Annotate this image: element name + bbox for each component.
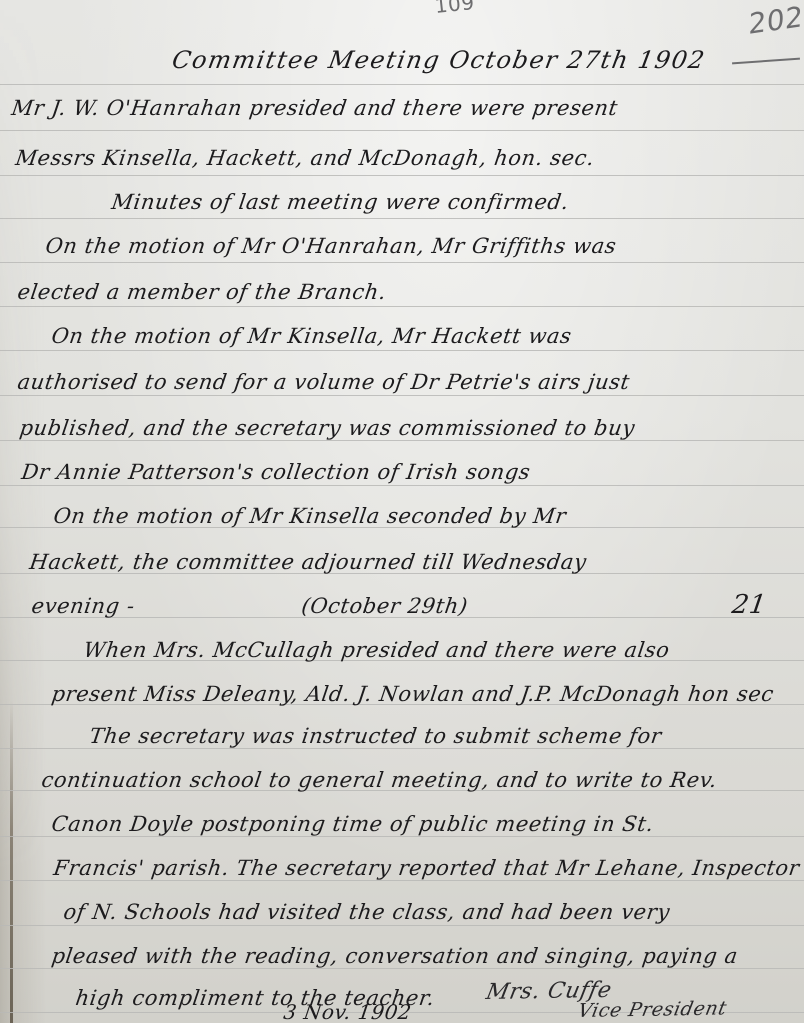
signature-date: 3 Nov. 1902 <box>282 1000 413 1023</box>
entry-number: 21 <box>730 590 769 620</box>
minute-line: Minutes of last meeting were confirmed. <box>110 190 571 214</box>
minute-line: evening - <box>30 594 136 618</box>
minute-line: When Mrs. McCullagh presided and there w… <box>82 638 671 662</box>
rule-line <box>0 350 804 351</box>
rule-line <box>0 968 804 969</box>
rule-line <box>0 175 804 176</box>
minute-line: The secretary was instructed to submit s… <box>88 724 663 748</box>
minute-line: Messrs Kinsella, Hackett, and McDonagh, … <box>14 146 596 170</box>
minute-line: Francis' parish. The secretary reported … <box>52 856 801 880</box>
rule-line <box>0 306 804 307</box>
pencil-folio-number: 109 <box>433 0 475 18</box>
minute-line: authorised to send for a volume of Dr Pe… <box>16 370 631 394</box>
minute-line: On the motion of Mr O'Hanrahan, Mr Griff… <box>44 234 618 258</box>
rule-line <box>0 130 804 131</box>
minute-line: Hackett, the committee adjourned till We… <box>28 550 588 574</box>
rule-line <box>0 880 804 881</box>
rule-line <box>0 485 804 486</box>
rule-line <box>0 84 804 85</box>
minute-line: On the motion of Mr Kinsella seconded by… <box>52 504 568 528</box>
minute-line: of N. Schools had visited the class, and… <box>62 900 672 924</box>
rule-line <box>0 262 804 263</box>
rule-line <box>0 836 804 837</box>
minute-line: Canon Doyle postponing time of public me… <box>50 812 655 836</box>
minute-line: pleased with the reading, conversation a… <box>50 944 740 968</box>
rule-line <box>0 218 804 219</box>
signature-title: Vice President <box>576 997 729 1022</box>
second-entry-date: (October 29th) <box>300 594 469 618</box>
page-number-underline <box>732 58 800 65</box>
minute-line: continuation school to general meeting, … <box>40 768 719 792</box>
rule-line <box>0 395 804 396</box>
minute-line: Mr J. W. O'Hanrahan presided and there w… <box>10 96 619 120</box>
minute-line: Dr Annie Patterson's collection of Irish… <box>20 460 532 484</box>
page-number: 202 <box>748 0 804 41</box>
rule-line <box>0 925 804 926</box>
minute-line: present Miss Deleany, Ald. J. Nowlan and… <box>50 682 776 706</box>
rule-line <box>0 748 804 749</box>
minute-line: published, and the secretary was commiss… <box>18 416 637 440</box>
minute-book-page: 109 202 Committee Meeting October 27th 1… <box>0 0 804 1023</box>
rule-line <box>0 440 804 441</box>
minute-line: elected a member of the Branch. <box>16 280 388 304</box>
minute-line: On the motion of Mr Kinsella, Mr Hackett… <box>50 324 573 348</box>
entry-heading: Committee Meeting October 27th 1902 <box>170 46 708 74</box>
